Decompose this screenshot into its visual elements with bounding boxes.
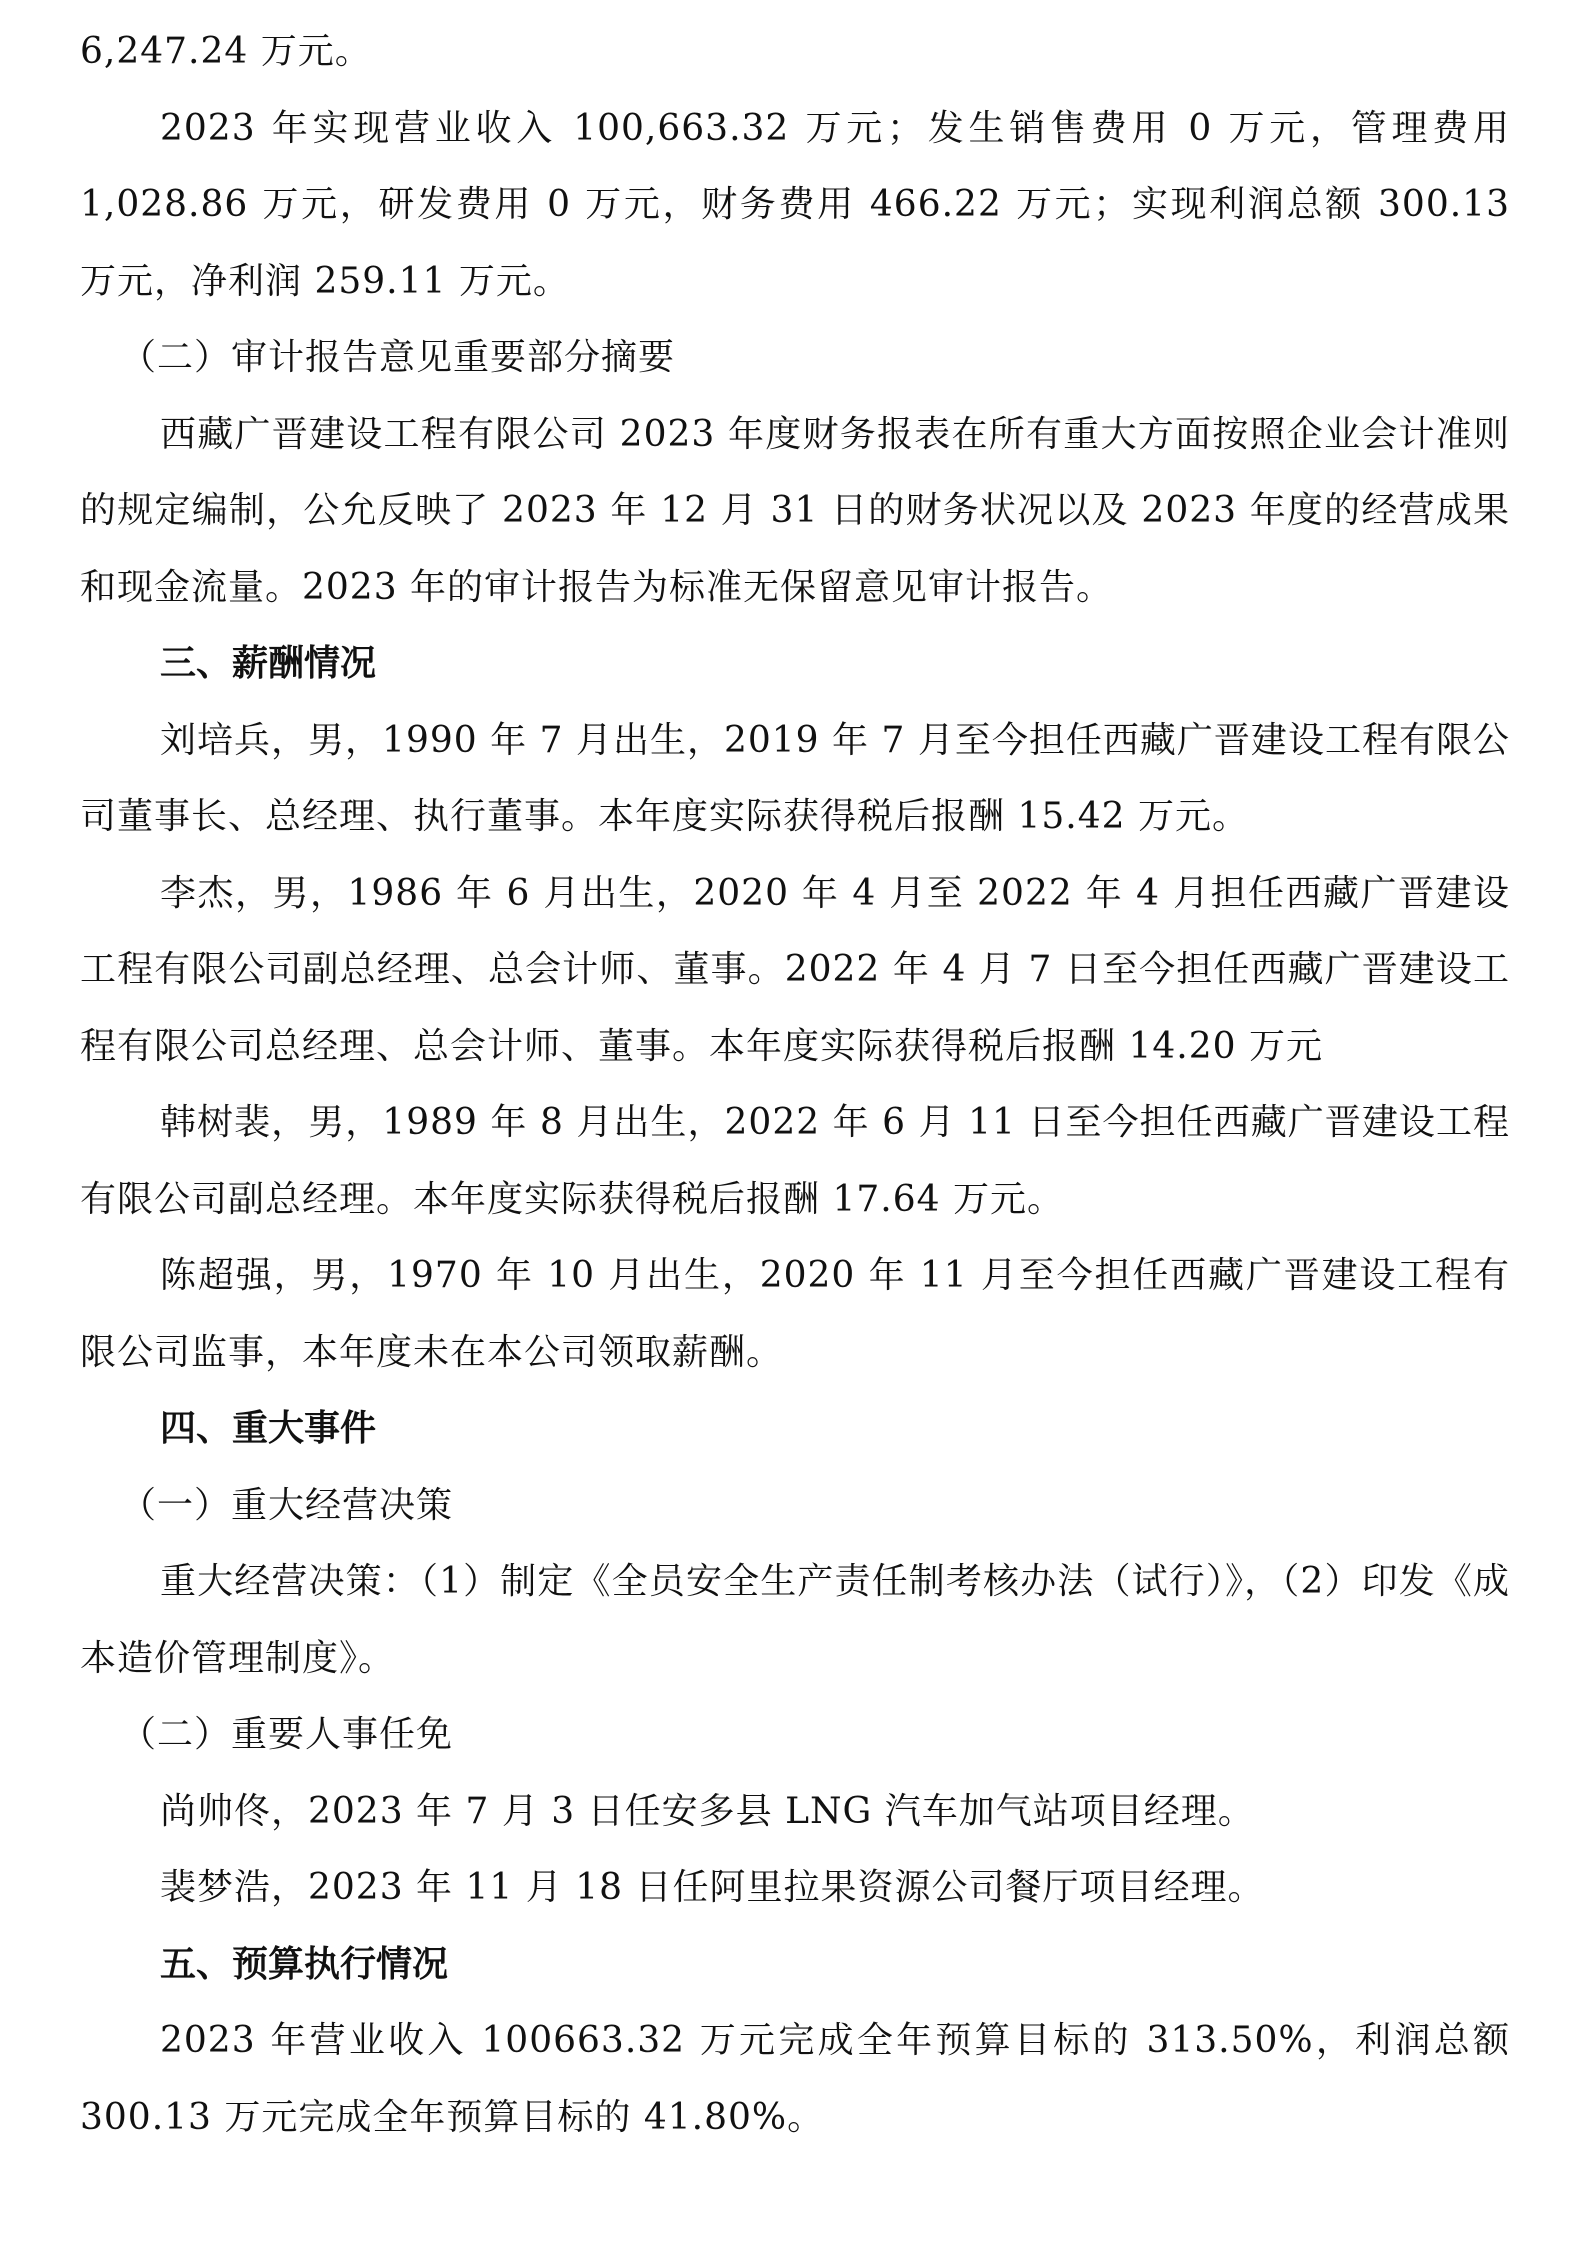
subheading-personnel-appointments: （二）重要人事任免 [80, 1697, 1510, 1774]
heading-budget-execution: 五、预算执行情况 [80, 1927, 1510, 2004]
paragraph-budget-execution: 2023 年营业收入 100663.32 万元完成全年预算目标的 313.50%… [80, 2003, 1510, 2156]
paragraph-audit-opinion: 西藏广晋建设工程有限公司 2023 年度财务报表在所有重大方面按照企业会计准则的… [80, 397, 1510, 627]
heading-compensation: 三、薪酬情况 [80, 626, 1510, 703]
paragraph-continuation: 6,247.24 万元。 [80, 14, 1510, 91]
paragraph-compensation-han: 韩树裴，男，1989 年 8 月出生，2022 年 6 月 11 日至今担任西藏… [80, 1085, 1510, 1238]
paragraph-compensation-li: 李杰，男，1986 年 6 月出生，2020 年 4 月至 2022 年 4 月… [80, 856, 1510, 1086]
paragraph-business-decisions: 重大经营决策：（1）制定《全员安全生产责任制考核办法（试行）》，（2）印发《成本… [80, 1544, 1510, 1697]
paragraph-appointment-pei: 裴梦浩，2023 年 11 月 18 日任阿里拉果资源公司餐厅项目经理。 [80, 1850, 1510, 1927]
paragraph-compensation-chen: 陈超强，男，1970 年 10 月出生，2020 年 11 月至今担任西藏广晋建… [80, 1238, 1510, 1391]
heading-major-events: 四、重大事件 [80, 1391, 1510, 1468]
paragraph-revenue-expenses: 2023 年实现营业收入 100,663.32 万元；发生销售费用 0 万元，管… [80, 91, 1510, 321]
subheading-audit-summary: （二）审计报告意见重要部分摘要 [80, 320, 1510, 397]
document-page: 6,247.24 万元。 2023 年实现营业收入 100,663.32 万元；… [80, 14, 1510, 2156]
paragraph-compensation-liu: 刘培兵，男，1990 年 7 月出生，2019 年 7 月至今担任西藏广晋建设工… [80, 703, 1510, 856]
paragraph-appointment-shang: 尚帅佟，2023 年 7 月 3 日任安多县 LNG 汽车加气站项目经理。 [80, 1774, 1510, 1851]
subheading-business-decisions: （一）重大经营决策 [80, 1468, 1510, 1545]
